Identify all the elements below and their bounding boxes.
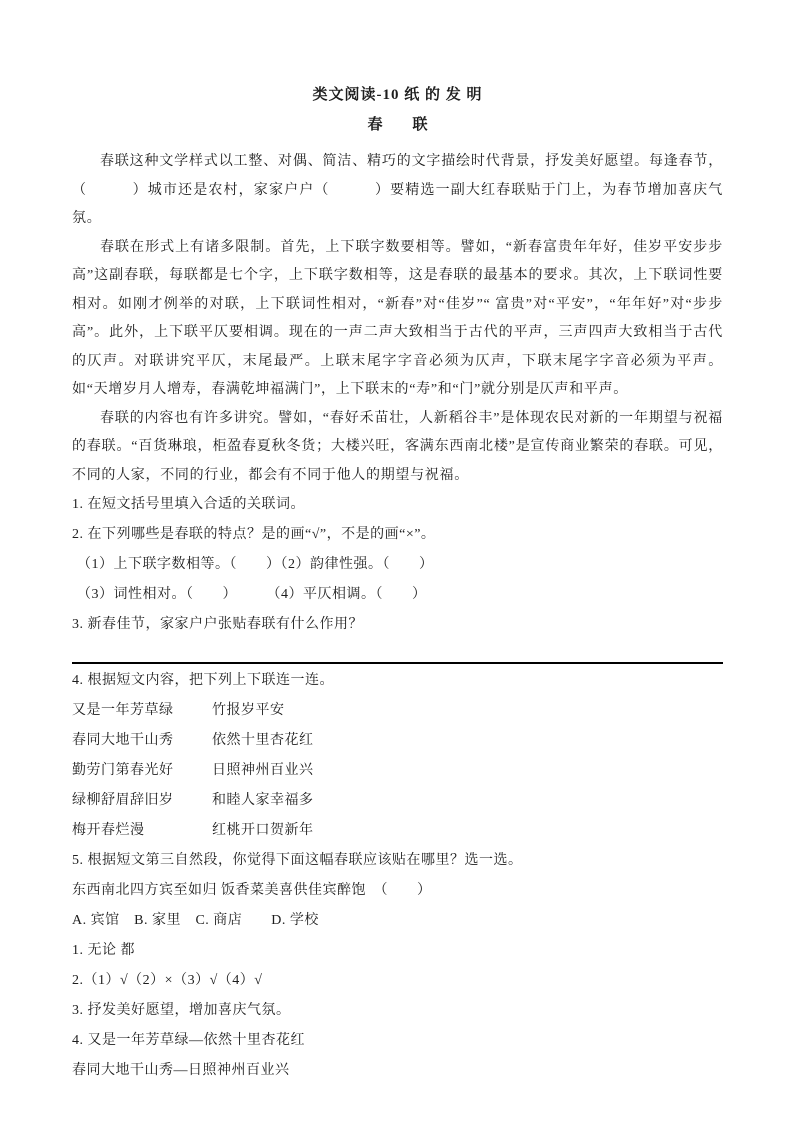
couplet-pair-row: 勤劳门第春光好日照神州百业兴 [72, 756, 723, 786]
answer-3: 3. 抒发美好愿望，增加喜庆气氛。 [72, 996, 723, 1026]
worksheet-page: 类文阅读-10 纸 的 发 明 春 联 春联这种文学样式以工整、对偶、简洁、精巧… [0, 0, 793, 1122]
couplet-upper-line: 春同大地干山秀 [72, 726, 212, 756]
question-5-choices: A. 宾馆 B. 家里 C. 商店 D. 学校 [72, 906, 723, 936]
passage-paragraph-2: 春联在形式上有诸多限制。首先，上下联字数要相等。譬如，“新春富贵年年好，佳岁平安… [72, 234, 723, 405]
couplet-upper-line: 梅开春烂漫 [72, 816, 212, 846]
question-1: 1. 在短文括号里填入合适的关联词。 [72, 490, 723, 520]
question-2-items-row1: （1）上下联字数相等。（ ）（2）韵律性强。（ ） [72, 550, 723, 580]
couplet-lower-line: 和睦人家幸福多 [212, 793, 314, 808]
question-5: 5. 根据短文第三自然段，你觉得下面这幅春联应该贴在哪里？选一选。 [72, 846, 723, 876]
question-2-items-row2: （3）词性相对。（ ） （4）平仄相调。（ ） [72, 580, 723, 610]
section-divider [72, 662, 723, 664]
answer-2: 2.（1）√（2）×（3）√（4）√ [72, 966, 723, 996]
answer-4-line1: 4. 又是一年芳草绿—依然十里杏花红 [72, 1026, 723, 1056]
couplet-upper-line: 勤劳门第春光好 [72, 756, 212, 786]
question-4: 4. 根据短文内容，把下列上下联连一连。 [72, 666, 723, 696]
answer-1: 1. 无论 都 [72, 936, 723, 966]
passage-title: 春 联 [72, 110, 723, 140]
passage-paragraph-1: 春联这种文学样式以工整、对偶、简洁、精巧的文字描绘时代背景，抒发美好愿望。每逢春… [72, 148, 723, 234]
couplet-pair-row: 又是一年芳草绿竹报岁平安 [72, 696, 723, 726]
couplet-upper-line: 又是一年芳草绿 [72, 696, 212, 726]
couplet-lower-line: 日照神州百业兴 [212, 763, 314, 778]
couplet-lower-line: 竹报岁平安 [212, 703, 285, 718]
couplet-upper-line: 绿柳舒眉辞旧岁 [72, 786, 212, 816]
passage-paragraph-3: 春联的内容也有许多讲究。譬如，“春好禾苗壮，人新稻谷丰”是体现农民对新的一年期望… [72, 405, 723, 491]
document-title: 类文阅读-10 纸 的 发 明 [72, 83, 723, 107]
question-5-couplet: 东西南北四方宾至如归 饭香菜美喜供佳宾醉饱 （ ） [72, 876, 723, 906]
couplet-pair-row: 梅开春烂漫红桃开口贺新年 [72, 816, 723, 846]
couplet-lower-line: 红桃开口贺新年 [212, 823, 314, 838]
couplet-lower-line: 依然十里杏花红 [212, 733, 314, 748]
couplet-pair-row: 春同大地干山秀依然十里杏花红 [72, 726, 723, 756]
question-3: 3. 新春佳节，家家户户张贴春联有什么作用？ [72, 610, 723, 640]
question-2: 2. 在下列哪些是春联的特点？是的画“√”，不是的画“×”。 [72, 520, 723, 550]
couplet-pair-row: 绿柳舒眉辞旧岁和睦人家幸福多 [72, 786, 723, 816]
answer-4-line2: 春同大地干山秀—日照神州百业兴 [72, 1056, 723, 1086]
